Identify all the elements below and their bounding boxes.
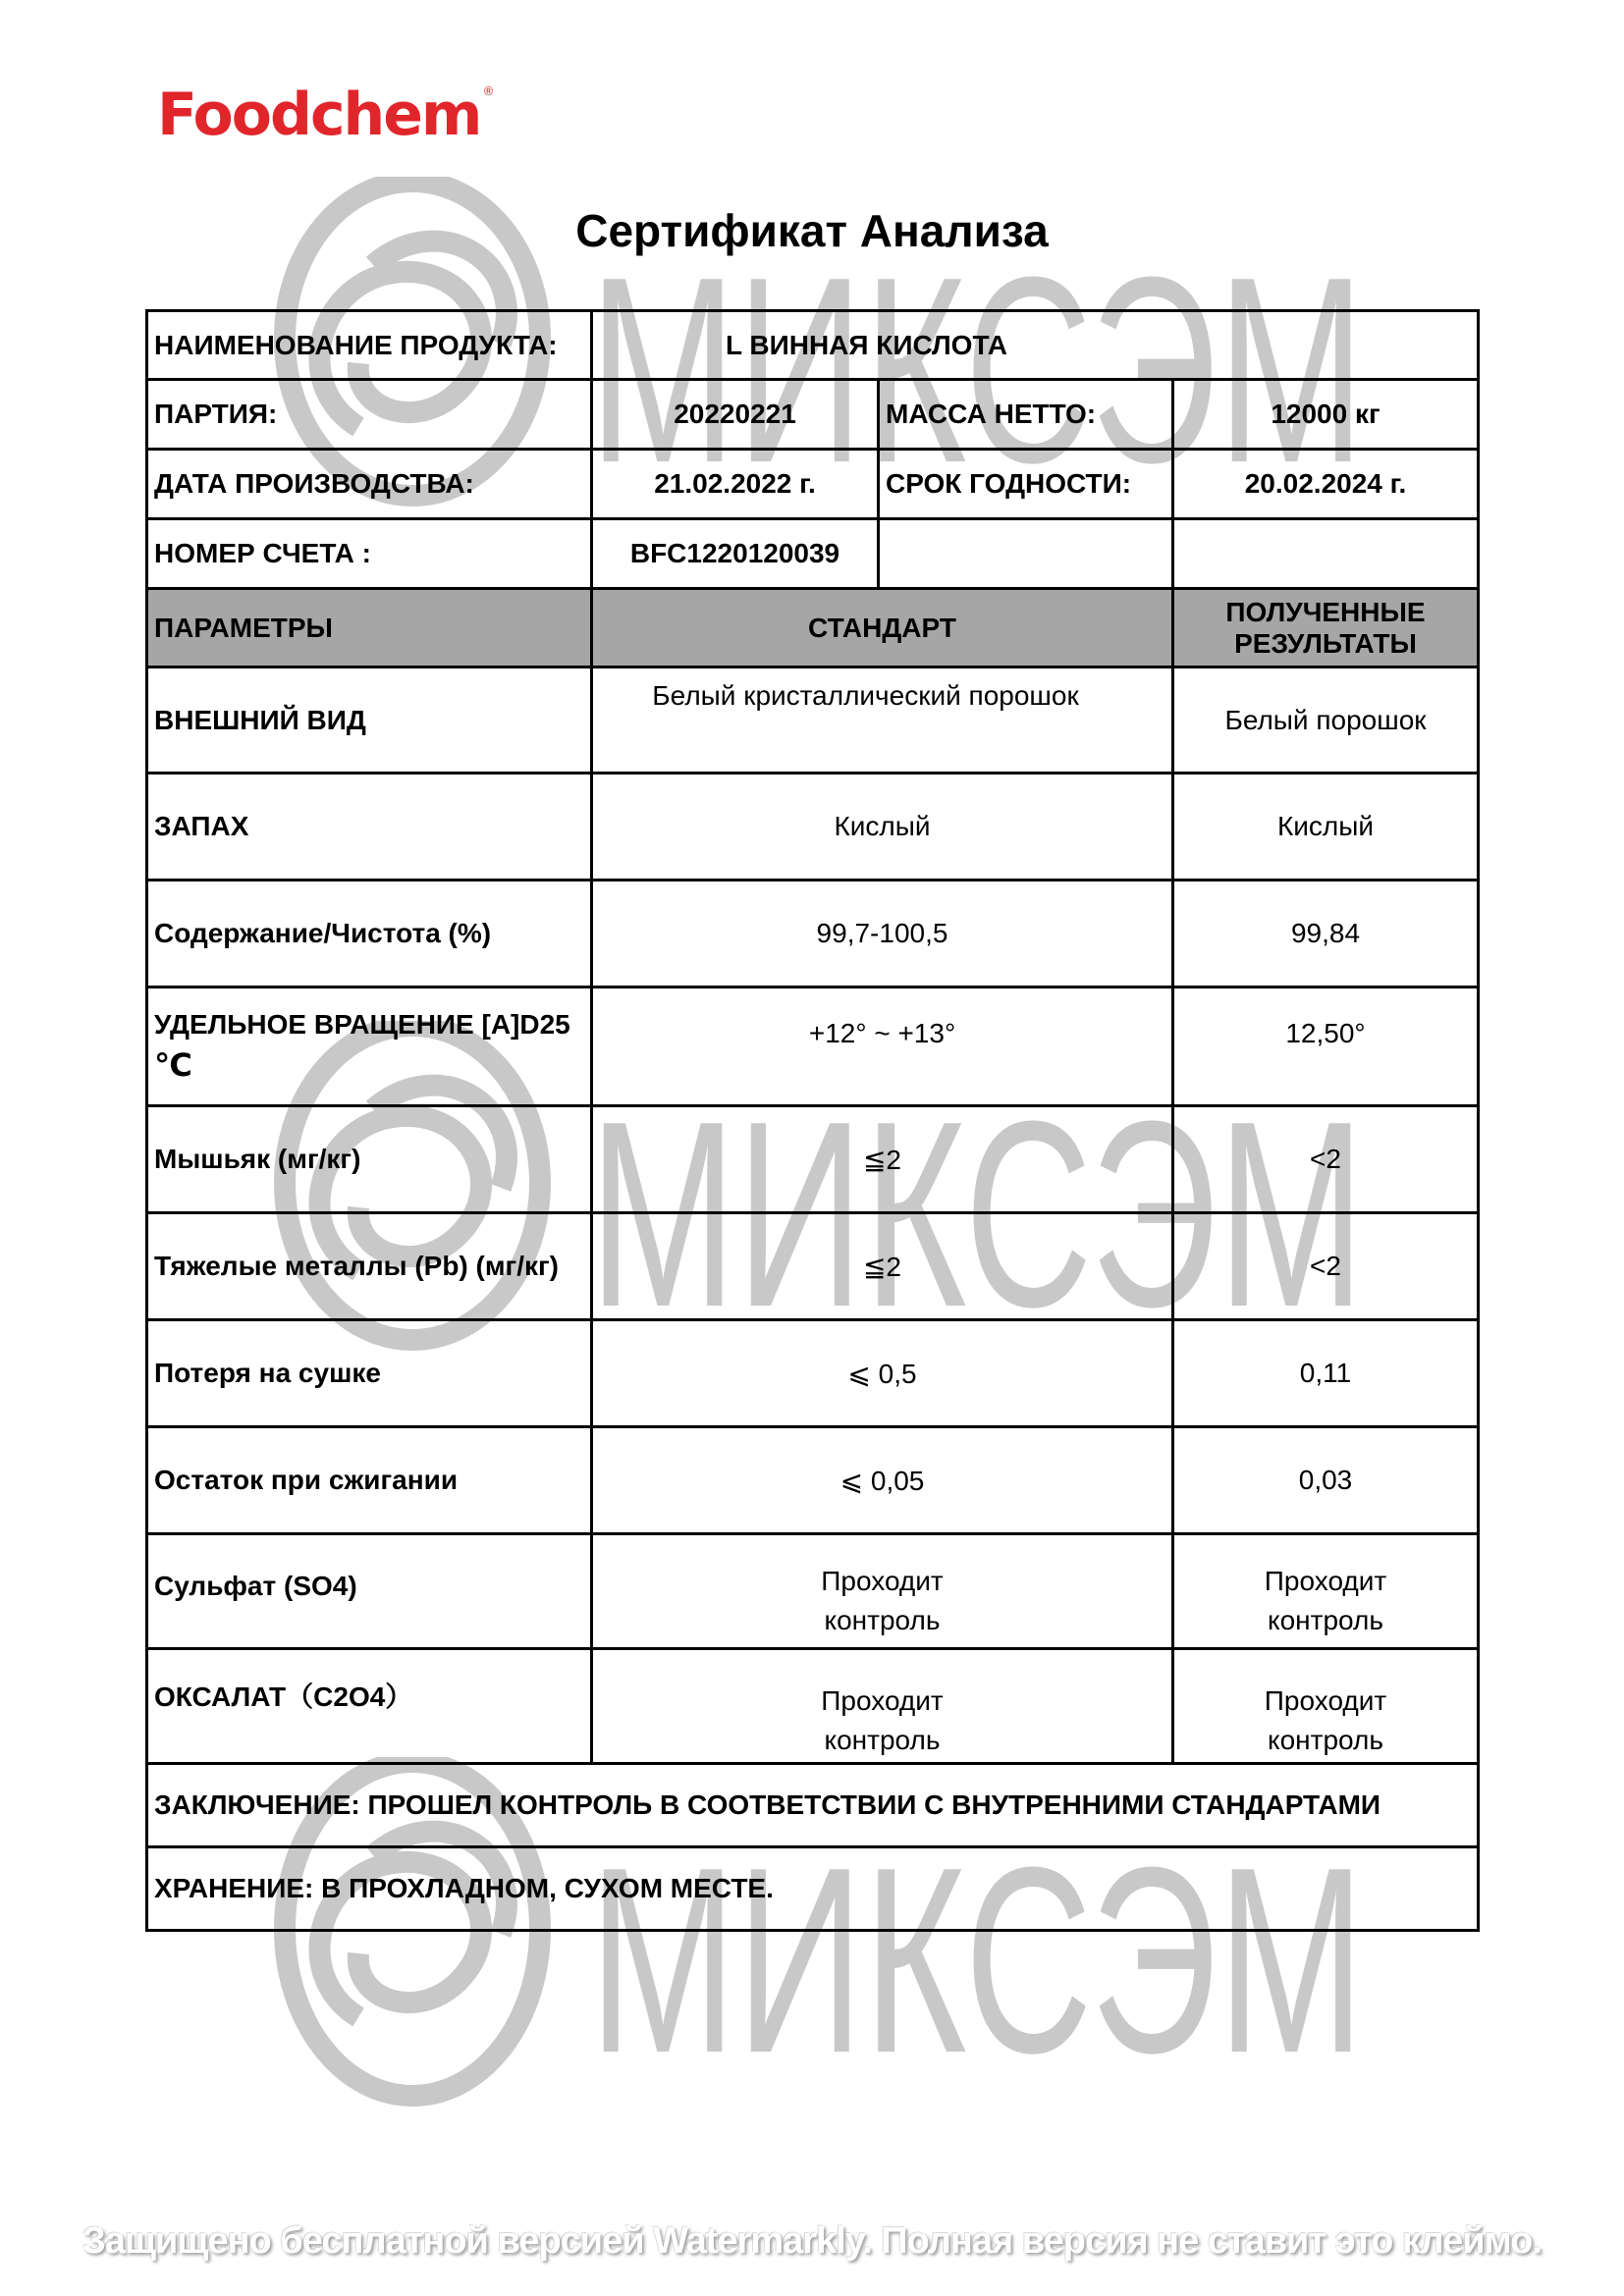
header-standard: СТАНДАРТ [592,589,1173,667]
result-cell: 0,11 [1173,1320,1479,1427]
watermarkly-footer: Защищено бесплатной версией Watermarkly.… [0,2220,1624,2263]
production-date-value: 21.02.2022 г. [592,450,879,519]
standard-cell: Белый кристаллический порошок [592,667,1173,774]
table-header-row: ПАРАМЕТРЫ СТАНДАРТ ПОЛУЧЕННЫЕ РЕЗУЛЬТАТЫ [147,589,1479,667]
batch-label: ПАРТИЯ: [147,380,592,450]
table-row: Содержание/Чистота (%) 99,7-100,5 99,84 [147,881,1479,988]
table-row: ЗАПАХ Кислый Кислый [147,774,1479,881]
result-cell: <2 [1173,1106,1479,1213]
foodchem-logo: Foodchem® [157,80,492,149]
standard-cell: Проходит контроль [592,1649,1173,1764]
result-cell: <2 [1173,1213,1479,1320]
net-weight-label: МАССА НЕТТО: [879,380,1173,450]
standard-cell: +12° ~ +13° [592,988,1173,1106]
result-line2: контроль [1180,1721,1471,1760]
standard-line1: Проходит [599,1562,1165,1601]
table-row: Потеря на сушке ⩽ 0,5 0,11 [147,1320,1479,1427]
document-title: Сертификат Анализа [0,204,1624,257]
result-cell: Кислый [1173,774,1479,881]
parameter-cell: ЗАПАХ [147,774,592,881]
header-results-line1: ПОЛУЧЕННЫЕ [1180,597,1471,628]
expiry-label: СРОК ГОДНОСТИ: [879,450,1173,519]
parameter-cell: Остаток при сжигании [147,1427,592,1534]
production-date-label: ДАТА ПРОИЗВОДСТВА: [147,450,592,519]
table-row: УДЕЛЬНОЕ ВРАЩЕНИЕ [A]D25 ℃ +12° ~ +13° 1… [147,988,1479,1106]
invoice-label: НОМЕР СЧЕТА : [147,519,592,589]
conclusion-text: ЗАКЛЮЧЕНИЕ: ПРОШЕЛ КОНТРОЛЬ В СООТВЕТСТВ… [147,1764,1479,1847]
invoice-row: НОМЕР СЧЕТА : BFC1220120039 [147,519,1479,589]
batch-row: ПАРТИЯ: 20220221 МАССА НЕТТО: 12000 кг [147,380,1479,450]
standard-line1: Проходит [599,1682,1165,1721]
empty-cell [1173,519,1479,589]
conclusion-row: ЗАКЛЮЧЕНИЕ: ПРОШЕЛ КОНТРОЛЬ В СООТВЕТСТВ… [147,1764,1479,1847]
standard-cell: ⩽ 0,5 [592,1320,1173,1427]
result-cell: Проходит контроль [1173,1534,1479,1649]
parameter-cell: Мышьяк (мг/кг) [147,1106,592,1213]
product-name-row: НАИМЕНОВАНИЕ ПРОДУКТА: L ВИННАЯ КИСЛОТА [147,311,1479,380]
parameter-cell: Содержание/Чистота (%) [147,881,592,988]
table-row: Тяжелые металлы (Pb) (мг/кг) ≦2 <2 [147,1213,1479,1320]
standard-cell: ≦2 [592,1106,1173,1213]
result-cell: Белый порошок [1173,667,1479,774]
standard-cell: ⩽ 0,05 [592,1427,1173,1534]
result-cell: 12,50° [1173,988,1479,1106]
standard-cell: Кислый [592,774,1173,881]
header-results-line2: РЕЗУЛЬТАТЫ [1180,628,1471,660]
table-row: ВНЕШНИЙ ВИД Белый кристаллический порошо… [147,667,1479,774]
parameter-cell: ОКСАЛАТ（C2O4） [147,1649,592,1764]
product-name-value: L ВИННАЯ КИСЛОТА [592,311,1479,380]
production-date-row: ДАТА ПРОИЗВОДСТВА: 21.02.2022 г. СРОК ГО… [147,450,1479,519]
parameter-cell: УДЕЛЬНОЕ ВРАЩЕНИЕ [A]D25 ℃ [147,988,592,1106]
parameter-cell: Тяжелые металлы (Pb) (мг/кг) [147,1213,592,1320]
standard-cell: 99,7-100,5 [592,881,1173,988]
result-cell: Проходит контроль [1173,1649,1479,1764]
expiry-value: 20.02.2024 г. [1173,450,1479,519]
product-name-label: НАИМЕНОВАНИЕ ПРОДУКТА: [147,311,592,380]
result-line1: Проходит [1180,1682,1471,1721]
header-results: ПОЛУЧЕННЫЕ РЕЗУЛЬТАТЫ [1173,589,1479,667]
invoice-value: BFC1220120039 [592,519,879,589]
standard-line2: контроль [599,1601,1165,1640]
result-cell: 0,03 [1173,1427,1479,1534]
net-weight-value: 12000 кг [1173,380,1479,450]
batch-value: 20220221 [592,380,879,450]
table-row: Сульфат (SO4) Проходит контроль Проходит… [147,1534,1479,1649]
result-line2: контроль [1180,1601,1471,1640]
parameter-cell: ВНЕШНИЙ ВИД [147,667,592,774]
standard-cell: ≦2 [592,1213,1173,1320]
parameter-line2: ℃ [154,1046,584,1084]
parameter-cell: Потеря на сушке [147,1320,592,1427]
result-line1: Проходит [1180,1562,1471,1601]
empty-cell [879,519,1173,589]
standard-line2: контроль [599,1721,1165,1760]
storage-row: ХРАНЕНИЕ: В ПРОХЛАДНОМ, СУХОМ МЕСТЕ. [147,1847,1479,1931]
result-cell: 99,84 [1173,881,1479,988]
registered-mark: ® [482,84,494,98]
storage-text: ХРАНЕНИЕ: В ПРОХЛАДНОМ, СУХОМ МЕСТЕ. [147,1847,1479,1931]
standard-cell: Проходит контроль [592,1534,1173,1649]
header-parameters: ПАРАМЕТРЫ [147,589,592,667]
table-row: Мышьяк (мг/кг) ≦2 <2 [147,1106,1479,1213]
table-row: Остаток при сжигании ⩽ 0,05 0,03 [147,1427,1479,1534]
parameter-cell: Сульфат (SO4) [147,1534,592,1649]
table-row: ОКСАЛАТ（C2O4） Проходит контроль Проходит… [147,1649,1479,1764]
parameter-line1: УДЕЛЬНОЕ ВРАЩЕНИЕ [A]D25 [154,1009,584,1041]
certificate-table: НАИМЕНОВАНИЕ ПРОДУКТА: L ВИННАЯ КИСЛОТА … [145,309,1480,1932]
logo-text: Foodchem [157,80,480,149]
